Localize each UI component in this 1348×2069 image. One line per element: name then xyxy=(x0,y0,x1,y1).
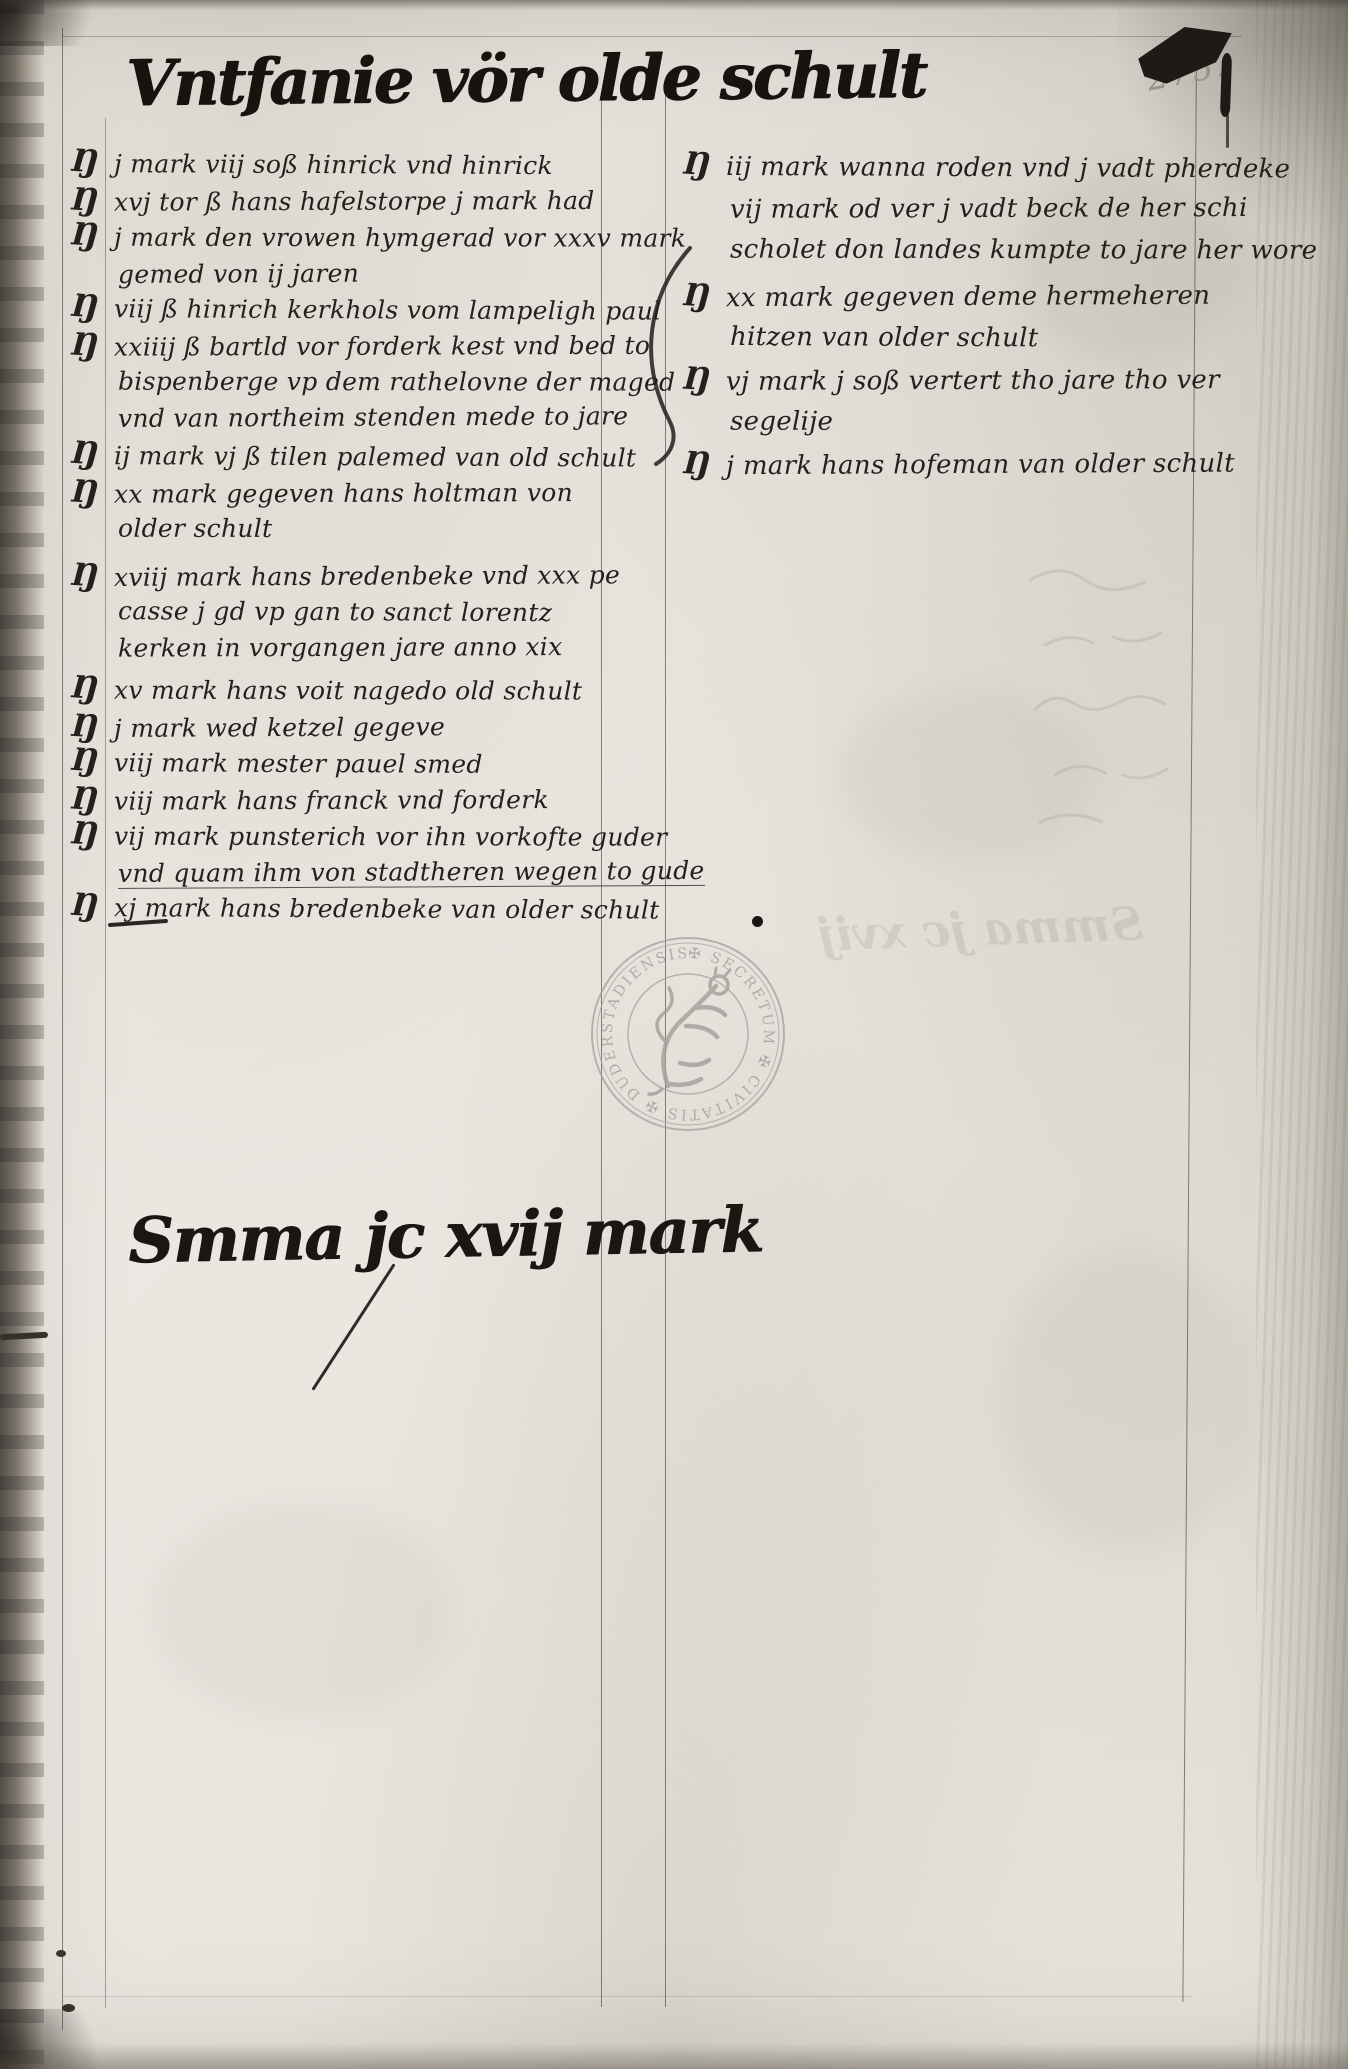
paper-stain xyxy=(1000,1250,1260,1550)
manuscript-line: casse j gd vp gan to sanct lorentz xyxy=(70,593,525,630)
line-text: viij mark hans franck vnd forderk xyxy=(114,785,549,816)
manuscript-line: Ŋviij ß hinrich kerkhols vom lampeligh p… xyxy=(70,290,525,328)
svg-text:✠ SECRETUM ✠ CIVITATIS ✠ DUDER: ✠ SECRETUM ✠ CIVITATIS ✠ DUDERSTADIENSIS xyxy=(600,946,777,1123)
line-text: hitzen van older schult xyxy=(730,322,1039,353)
manuscript-line: Ŋviij mark hans franck vnd forderk xyxy=(70,781,525,819)
line-text: gemed von ij jaren xyxy=(118,258,359,288)
manuscript-line: vij mark od ver j vadt beck de her schi xyxy=(682,188,1242,231)
line-text: vij mark od ver j vadt beck de her schi xyxy=(730,193,1248,225)
line-text: bispenberge vp dem rathelovne der maged xyxy=(118,367,675,397)
seal-lion-emblem xyxy=(649,968,730,1094)
line-text: xj mark hans bredenbeke van older schult xyxy=(114,893,660,924)
book-binding-edge xyxy=(0,0,44,2069)
manuscript-line: Ŋj mark viij soß hinrick vnd hinrick xyxy=(70,145,525,183)
manuscript-line: Ŋj mark den vrowen hymgerad vor xxxv mar… xyxy=(70,219,525,256)
line-text: xx mark gegeven hans holtman von xyxy=(114,478,573,509)
manuscript-line: Ŋxxiiij ß bartld vor forderk kest vnd be… xyxy=(70,327,525,365)
item-mark: Ŋ xyxy=(69,670,115,709)
manuscript-line: Ŋxx mark gegeven hans holtman von xyxy=(70,474,525,512)
manuscript-line: hitzen van older schult xyxy=(682,317,1242,360)
entries-column-right: Ŋiij mark wanna roden vnd j vadt pherdek… xyxy=(682,146,1242,486)
ink-blob xyxy=(56,1950,66,1957)
manuscript-line: Ŋj mark hans hofeman van older schult xyxy=(682,442,1242,488)
summa-descender-stroke xyxy=(311,1263,395,1390)
line-text: j mark viij soß hinrick vnd hinrick xyxy=(114,149,553,180)
item-mark: Ŋ xyxy=(69,557,115,595)
line-text: j mark hans hofeman van older schult xyxy=(726,449,1235,482)
item-mark: Ŋ xyxy=(69,217,115,256)
manuscript-line: scholet don landes kumpte to jare her wo… xyxy=(682,230,1242,272)
line-text: iij mark wanna roden vnd j vadt pherdeke xyxy=(726,152,1290,184)
page-edge-bottom xyxy=(0,2043,1348,2069)
seal-legend: ✠ SECRETUM ✠ CIVITATIS ✠ DUDERSTADIENSIS xyxy=(600,946,777,1123)
manuscript-line: Ŋvj mark j soß vertert tho jare tho ver xyxy=(682,358,1242,403)
manuscript-line: older schult xyxy=(70,511,525,547)
line-text: viij ß hinrich kerkhols vom lampeligh pa… xyxy=(114,294,662,325)
line-text: kerken in vorgangen jare anno xix xyxy=(118,632,563,663)
line-text: segelije xyxy=(730,407,833,437)
manuscript-line: Ŋxvj tor ß hans hafelstorpe j mark had xyxy=(70,182,525,220)
item-mark: Ŋ xyxy=(69,144,116,183)
line-text: xvj tor ß hans hafelstorpe j mark had xyxy=(114,185,595,216)
manuscript-line: Ŋiij mark wanna roden vnd j vadt pherdek… xyxy=(682,145,1242,190)
item-mark: Ŋ xyxy=(69,436,116,475)
city-seal-stamp: ✠ SECRETUM ✠ CIVITATIS ✠ DUDERSTADIENSIS xyxy=(588,934,788,1134)
line-text: viij mark mester pauel smed xyxy=(114,748,483,779)
line-text: casse j gd vp gan to sanct lorentz xyxy=(118,596,552,627)
line-text: vnd van northeim stenden mede to jare xyxy=(118,401,629,433)
line-text: ij mark vj ß tilen palemed van old schul… xyxy=(114,441,636,472)
paper-stain xyxy=(150,1500,450,1720)
ruling-line-bottom xyxy=(62,1996,1192,1997)
manuscript-line: Ŋvij mark punsterich vor ihn vorkofte gu… xyxy=(70,818,525,855)
line-text: xv mark hans voit nagedo old schult xyxy=(114,676,582,706)
line-text: vnd quam ihm von stadtheren wegen to gud… xyxy=(118,855,705,888)
pen-flourish xyxy=(620,240,710,470)
summa-total-line: Smma jc xvij mark xyxy=(127,1192,763,1277)
line-text: xx mark gegeven deme hermeheren xyxy=(726,281,1210,314)
manuscript-line: Ŋviij mark mester pauel smed xyxy=(70,744,525,782)
entries-column-left: Ŋj mark viij soß hinrick vnd hinrickŊxvj… xyxy=(70,146,525,927)
line-text: scholet don landes kumpte to jare her wo… xyxy=(730,235,1317,266)
item-mark: Ŋ xyxy=(69,474,115,512)
manuscript-line: Ŋj mark wed ketzel gegeve xyxy=(70,707,525,746)
ink-stroke-tail xyxy=(1226,114,1229,148)
item-mark: Ŋ xyxy=(69,816,115,855)
manuscript-line: vnd van northeim stenden mede to jare xyxy=(70,398,525,436)
manuscript-line: Ŋij mark vj ß tilen palemed van old schu… xyxy=(70,437,525,475)
manuscript-line: vnd quam ihm von stadtheren wegen to gud… xyxy=(70,853,525,891)
ink-dot xyxy=(752,916,763,927)
line-text: j mark wed ketzel gegeve xyxy=(114,712,445,743)
line-text: vj mark j soß vertert tho jare tho ver xyxy=(726,365,1220,397)
ruling-line-left-outer xyxy=(62,28,63,2030)
manuscript-line: Ŋxx mark gegeven deme hermeheren xyxy=(682,274,1242,320)
manuscript-line: Ŋxv mark hans voit nagedo old schult xyxy=(70,672,525,709)
line-text: older schult xyxy=(118,514,272,543)
item-mark: Ŋ xyxy=(69,888,116,927)
bleedthrough-marks xyxy=(1010,560,1260,840)
line-text: j mark den vrowen hymgerad vor xxxv mark xyxy=(114,223,686,253)
item-mark: Ŋ xyxy=(69,327,115,365)
item-mark: Ŋ xyxy=(69,182,115,220)
item-mark: Ŋ xyxy=(69,289,116,328)
line-text: vij mark punsterich vor ihn vorkofte gud… xyxy=(114,822,667,852)
line-text: xviij mark hans bredenbeke vnd xxx pe xyxy=(114,560,620,592)
bleedthrough-summa: Smma jc xvij xyxy=(817,896,1144,961)
manuscript-line: kerken in vorgangen jare anno xix xyxy=(70,629,525,666)
line-text: xxiiij ß bartld vor forderk kest vnd bed… xyxy=(114,330,650,361)
manuscript-line: bispenberge vp dem rathelovne der maged xyxy=(70,364,525,400)
ink-blob xyxy=(62,2004,75,2012)
item-mark: Ŋ xyxy=(681,143,728,187)
page-title: Vntfanie vör olde schult xyxy=(126,38,887,120)
item-mark: Ŋ xyxy=(69,781,115,819)
ruling-line-top xyxy=(62,36,1242,37)
manuscript-line: Ŋxviij mark hans bredenbeke vnd xxx pe xyxy=(70,556,525,595)
page-edge-top xyxy=(0,0,1348,10)
item-mark: Ŋ xyxy=(69,708,115,746)
manuscript-line: gemed von ij jaren xyxy=(70,254,525,292)
manuscript-page: Vntfanie vör olde schult 275. Ŋj mark vi… xyxy=(0,0,1348,2069)
item-mark: Ŋ xyxy=(69,743,116,782)
manuscript-line: segelije xyxy=(682,402,1242,444)
page-edge-right xyxy=(1256,0,1348,2069)
